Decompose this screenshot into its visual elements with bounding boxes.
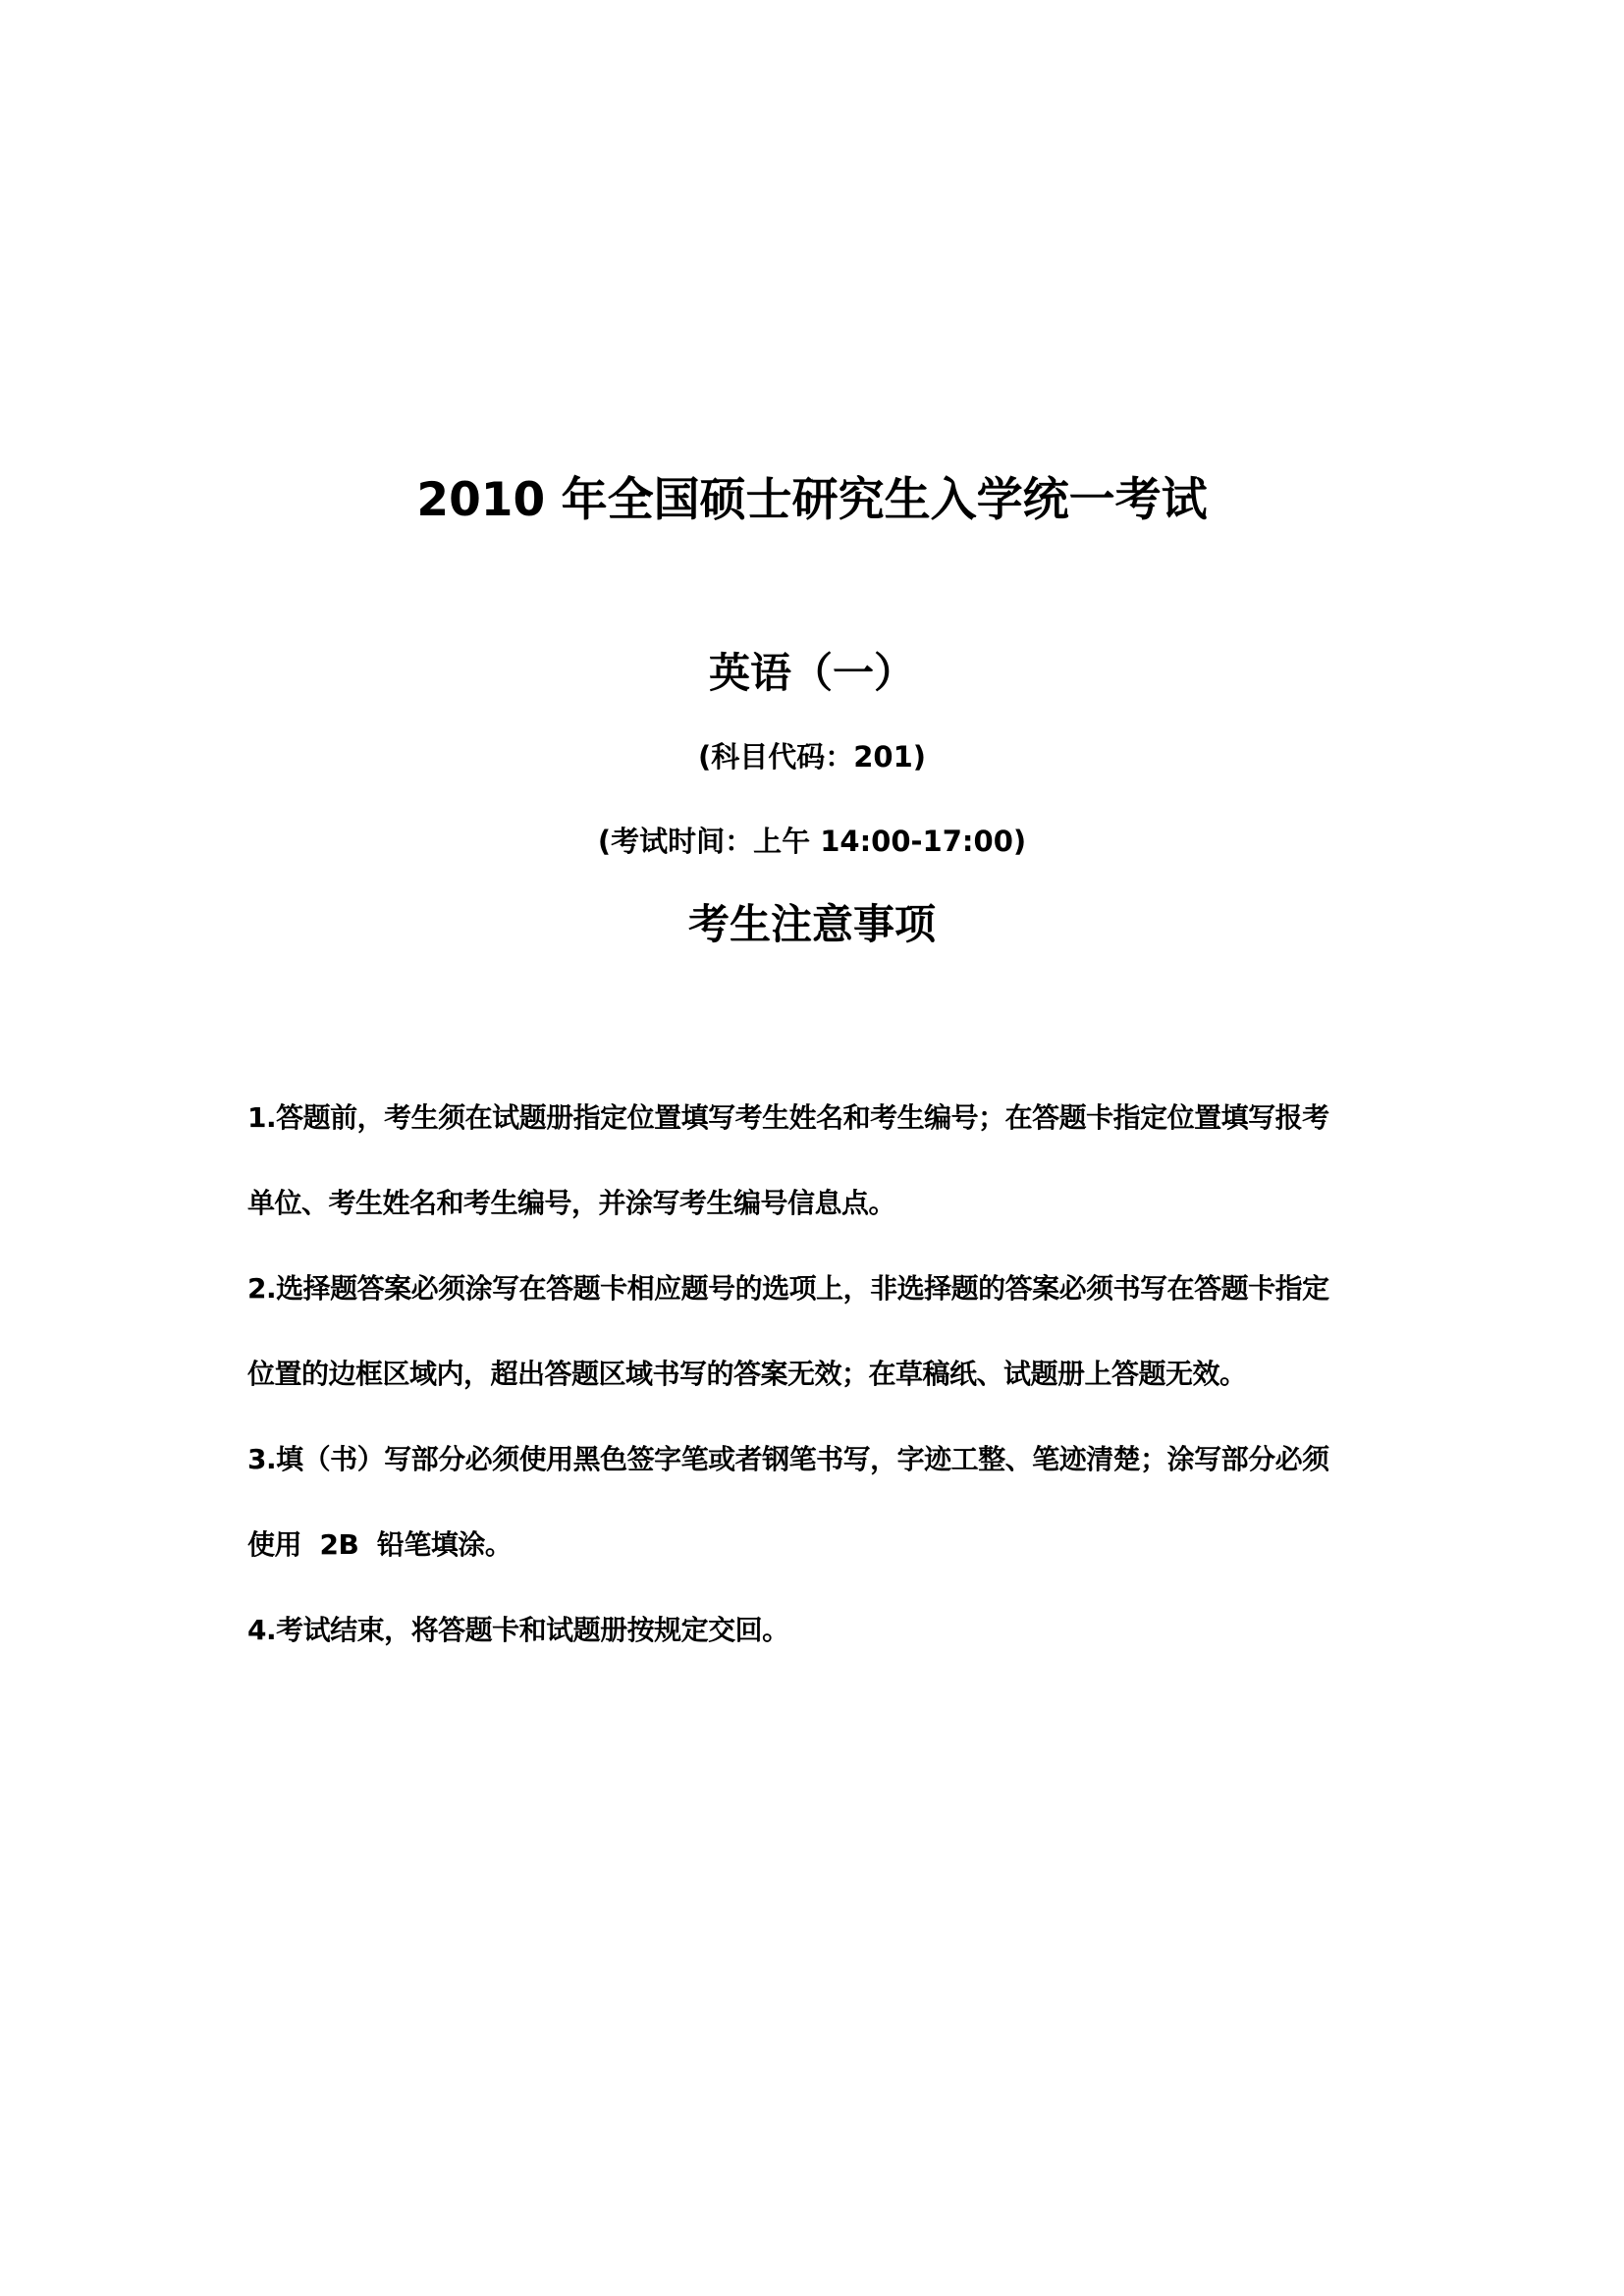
- notice-item-4: 4.考试结束，将答题卡和试题册按规定交回。: [247, 1587, 1386, 1673]
- notice-heading: 考生注意事项: [0, 895, 1624, 954]
- notice-line: 单位、考生姓名和考生编号，并涂写考生编号信息点。: [247, 1160, 1386, 1246]
- notice-item-3: 3.填（书）写部分必须使用黑色签字笔或者钢笔书写，字迹工整、笔迹清楚；涂写部分必…: [247, 1416, 1386, 1587]
- subject-title: 英语（一）: [0, 644, 1624, 703]
- subject-code: (科目代码：201): [0, 736, 1624, 777]
- notice-line: 3.填（书）写部分必须使用黑色签字笔或者钢笔书写，字迹工整、笔迹清楚；涂写部分必…: [247, 1416, 1386, 1502]
- notice-line: 1.答题前，考生须在试题册指定位置填写考生姓名和考生编号；在答题卡指定位置填写报…: [247, 1075, 1386, 1160]
- notice-line: 4.考试结束，将答题卡和试题册按规定交回。: [247, 1587, 1386, 1673]
- notice-line: 使用 2B 铅笔填涂。: [247, 1502, 1386, 1587]
- notice-item-1: 1.答题前，考生须在试题册指定位置填写考生姓名和考生编号；在答题卡指定位置填写报…: [247, 1075, 1386, 1246]
- document-page: 2010 年全国硕士研究生入学统一考试 英语（一） (科目代码：201) (考试…: [0, 0, 1624, 2296]
- exam-time: (考试时间：上午 14:00-17:00): [0, 821, 1624, 862]
- notice-line: 2.选择题答案必须涂写在答题卡相应题号的选项上，非选择题的答案必须书写在答题卡指…: [247, 1246, 1386, 1331]
- notice-list: 1.答题前，考生须在试题册指定位置填写考生姓名和考生编号；在答题卡指定位置填写报…: [247, 1075, 1386, 1673]
- exam-title: 2010 年全国硕士研究生入学统一考试: [0, 469, 1624, 532]
- notice-item-2: 2.选择题答案必须涂写在答题卡相应题号的选项上，非选择题的答案必须书写在答题卡指…: [247, 1246, 1386, 1416]
- notice-line: 位置的边框区域内，超出答题区域书写的答案无效；在草稿纸、试题册上答题无效。: [247, 1331, 1386, 1416]
